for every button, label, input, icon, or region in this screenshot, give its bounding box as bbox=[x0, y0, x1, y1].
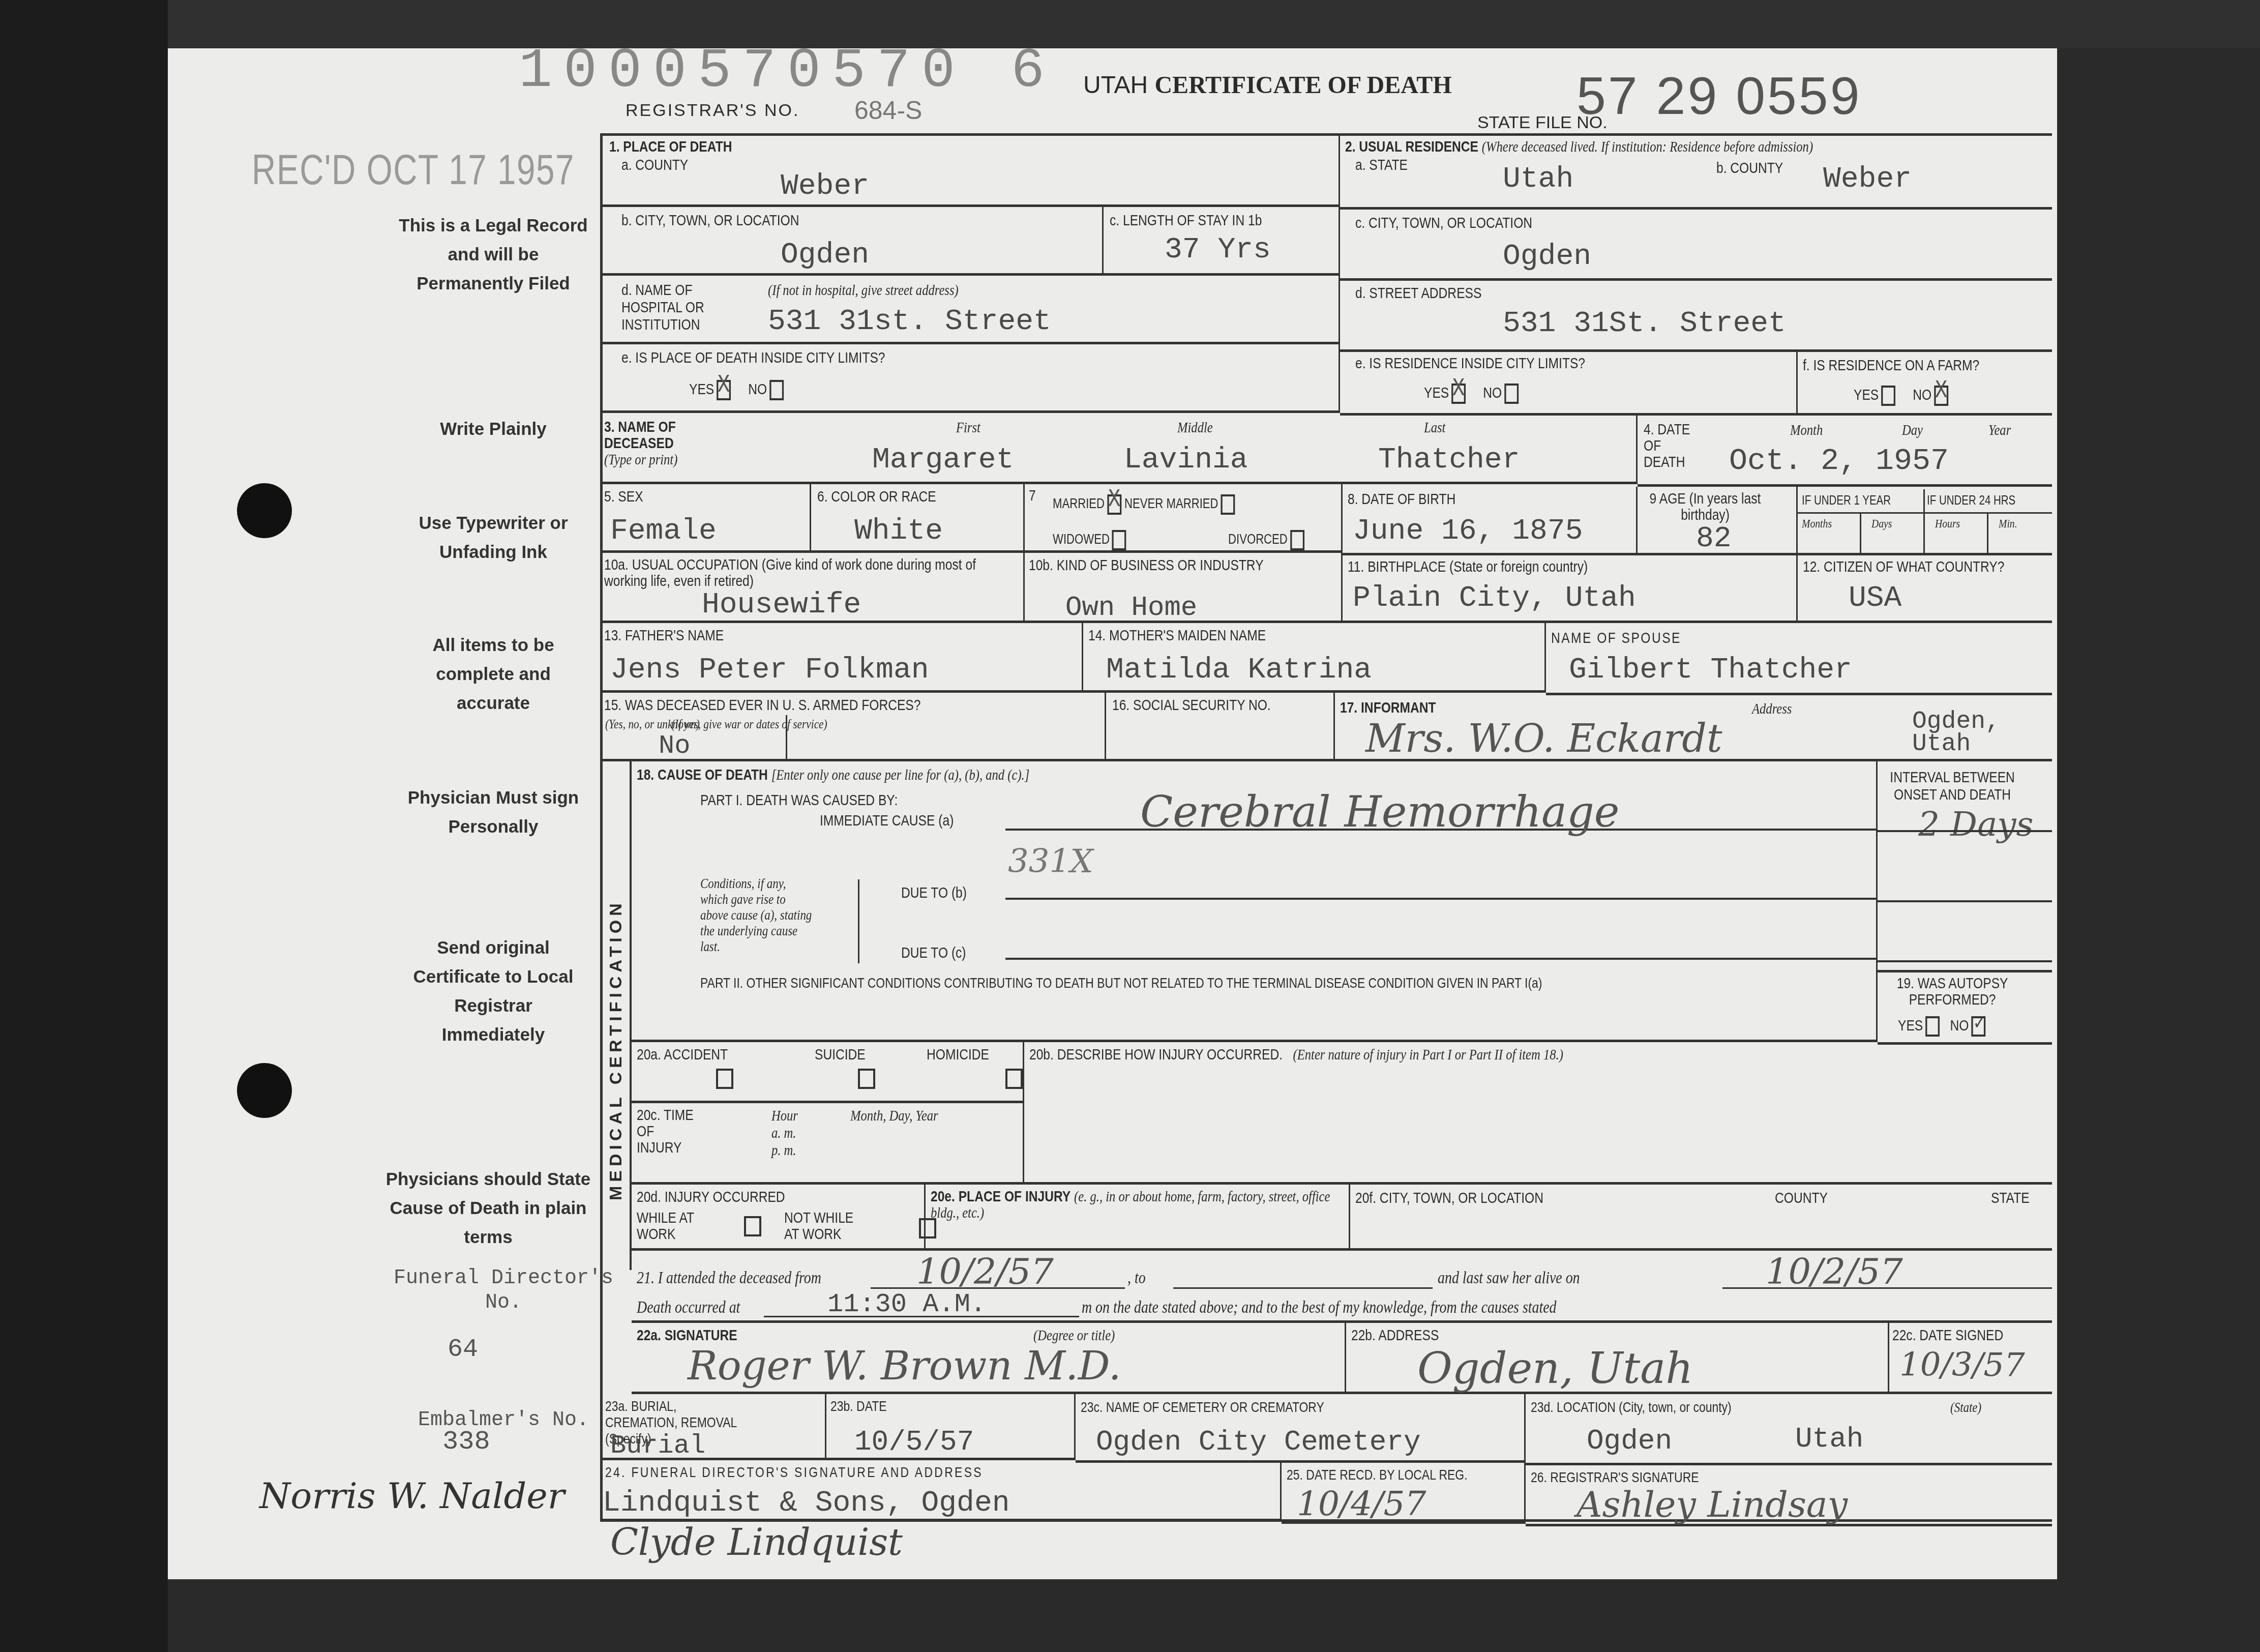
field-cause-of-death: 18. CAUSE OF DEATH [Enter only one cause… bbox=[632, 761, 1878, 970]
interval-line bbox=[1878, 830, 2052, 832]
under-1-year-header: IF UNDER 1 YEAR bbox=[1798, 489, 1925, 514]
funeral-director-value[interactable]: Lindquist & Sons, Ogden bbox=[603, 1487, 1010, 1520]
interval-value[interactable]: 2 Days bbox=[1918, 805, 2033, 844]
dob-label: 8. DATE OF BIRTH bbox=[1348, 491, 1455, 508]
informant-signature[interactable]: Mrs. W.O. Eckardt bbox=[1365, 716, 1722, 761]
field-age-min[interactable]: Min. bbox=[1988, 514, 2052, 555]
hospital-note: (If not in hospital, give street address… bbox=[768, 282, 959, 299]
place-section-label: 1. PLACE OF DEATH bbox=[609, 138, 732, 155]
dob-value[interactable]: June 16, 1875 bbox=[1353, 515, 1583, 548]
field-injury-location[interactable]: 20f. CITY, TOWN, OR LOCATION COUNTY STAT… bbox=[1350, 1185, 2052, 1251]
no-label: NO bbox=[748, 381, 767, 398]
field-autopsy: 19. WAS AUTOPSY PERFORMED? YES NO bbox=[1878, 972, 2052, 1045]
field-length-of-stay: c. LENGTH OF STAY IN 1b 37 Yrs bbox=[1104, 207, 1340, 276]
field-age: 9 AGE (In years last birthday) 82 bbox=[1638, 487, 1798, 555]
location-city-value[interactable]: Ogden bbox=[1587, 1425, 1672, 1457]
place-county-label: a. COUNTY bbox=[621, 157, 688, 174]
margin-note-typewriter: Use Typewriter or Unfading Ink bbox=[402, 509, 585, 567]
no-label: NO bbox=[1483, 385, 1502, 401]
mother-label: 14. MOTHER'S MAIDEN NAME bbox=[1088, 627, 1266, 644]
cause-label: 18. CAUSE OF DEATH bbox=[637, 766, 768, 783]
while-work-label: WHILE AT WORK bbox=[637, 1210, 699, 1243]
yes-label: YES bbox=[1898, 1017, 1923, 1034]
days-label: Days bbox=[1871, 517, 1892, 530]
part2-label: PART II. OTHER SIGNIFICANT CONDITIONS CO… bbox=[700, 975, 1542, 991]
field-residence-farm: f. IS RESIDENCE ON A FARM? YES NO bbox=[1798, 352, 2052, 416]
widowed-checkbox[interactable] bbox=[1112, 530, 1126, 550]
hour-label: Hour bbox=[771, 1107, 798, 1124]
residence-inside-city-label: e. IS RESIDENCE INSIDE CITY LIMITS? bbox=[1355, 355, 1585, 372]
date-signed-label: 22c. DATE SIGNED bbox=[1892, 1327, 2003, 1344]
location-state-value[interactable]: Utah bbox=[1795, 1423, 1863, 1455]
part1-label: PART I. DEATH WAS CAUSED BY: bbox=[700, 792, 898, 809]
place-county-value[interactable]: Weber bbox=[781, 170, 869, 203]
field-age-hours[interactable]: Hours bbox=[1925, 514, 1988, 555]
divider bbox=[786, 715, 787, 760]
disposition-date-label: 23b. DATE bbox=[830, 1398, 887, 1414]
field-interval: INTERVAL BETWEEN ONSET AND DEATH 2 Days bbox=[1878, 764, 2052, 972]
never-married-checkbox[interactable] bbox=[1221, 494, 1235, 515]
yes-label: YES bbox=[1854, 387, 1879, 403]
field-marital-status: 7 MARRIED NEVER MARRIED WIDOWED DIVORCED bbox=[1025, 484, 1343, 553]
margin-note-cause-plain: Physicians should State Cause of Death i… bbox=[376, 1165, 600, 1252]
suicide-checkbox[interactable] bbox=[858, 1069, 875, 1089]
due-to-b-label: DUE TO (b) bbox=[901, 884, 967, 902]
cause-note: [Enter only one cause per line for (a), … bbox=[771, 766, 1030, 783]
place-inside-city-label: e. IS PLACE OF DEATH INSIDE CITY LIMITS? bbox=[621, 349, 885, 367]
pm-label: p. m. bbox=[771, 1142, 796, 1159]
cemetery-label: 23c. NAME OF CEMETERY OR CREMATORY bbox=[1081, 1399, 1324, 1415]
place-injury-label: 20e. PLACE OF INJURY bbox=[931, 1188, 1070, 1205]
residence-state-label: a. STATE bbox=[1355, 157, 1408, 174]
margin-note-legal-record: This is a Legal Record and will be Perma… bbox=[397, 211, 590, 298]
attended-to-line[interactable] bbox=[1173, 1287, 1433, 1289]
race-value[interactable]: White bbox=[854, 515, 943, 548]
place-city-label: b. CITY, TOWN, OR LOCATION bbox=[621, 212, 799, 229]
sex-label: 5. SEX bbox=[604, 488, 643, 506]
birthplace-value[interactable]: Plain City, Utah bbox=[1353, 582, 1636, 615]
no-label: NO bbox=[1950, 1017, 1969, 1034]
armed-forces-value[interactable]: No bbox=[659, 731, 690, 761]
father-label: 13. FATHER'S NAME bbox=[604, 627, 724, 644]
citizen-value[interactable]: USA bbox=[1849, 582, 1901, 615]
binder-strip bbox=[0, 0, 168, 1652]
under-24-hrs-header: IF UNDER 24 HRS bbox=[1925, 489, 2052, 514]
field-injury-occurred: 20d. INJURY OCCURRED WHILE AT WORK NOT W… bbox=[632, 1185, 926, 1251]
last-name-label: Last bbox=[1424, 419, 1445, 436]
residence-section-note: (Where deceased lived. If institution: R… bbox=[1482, 138, 1813, 155]
disposition-date-value[interactable]: 10/5/57 bbox=[854, 1426, 974, 1458]
field-armed-forces: 15. WAS DECEASED EVER IN U. S. ARMED FOR… bbox=[600, 693, 1106, 761]
received-stamp: REC'D OCT 17 1957 bbox=[252, 145, 575, 194]
date-recd-value[interactable]: 10/4/57 bbox=[1297, 1484, 1426, 1523]
min-label: Min. bbox=[1999, 517, 2017, 530]
suicide-label: SUICIDE bbox=[815, 1046, 866, 1064]
age-value[interactable]: 82 bbox=[1696, 522, 1732, 555]
not-while-work-label: NOT WHILE AT WORK bbox=[784, 1210, 855, 1243]
field-disposition-method: 23a. BURIAL, CREMATION, REMOVAL (Specify… bbox=[600, 1394, 826, 1460]
yes-label: YES bbox=[1424, 385, 1449, 401]
father-value[interactable]: Jens Peter Folkman bbox=[610, 654, 929, 687]
injury-county-label: COUNTY bbox=[1775, 1190, 1828, 1207]
autopsy-label: 19. WAS AUTOPSY PERFORMED? bbox=[1888, 976, 2017, 1008]
mdy-label: Month, Day, Year bbox=[850, 1107, 938, 1124]
location-label: 23d. LOCATION (City, town, or county) bbox=[1531, 1399, 1732, 1415]
field-date-signed: 22c. DATE SIGNED 10/3/57 bbox=[1889, 1323, 2052, 1394]
margin-note-complete: All items to be complete and accurate bbox=[407, 631, 580, 718]
residence-section-label: 2. USUAL RESIDENCE bbox=[1345, 138, 1478, 155]
under-1-year-label: IF UNDER 1 YEAR bbox=[1802, 493, 1891, 508]
residence-farm-yes-checkbox[interactable] bbox=[1881, 386, 1895, 406]
punch-hole bbox=[237, 1063, 292, 1118]
scan-background-top bbox=[168, 0, 2260, 48]
cause-code-note: 331X bbox=[1008, 843, 1093, 880]
widowed-label: WIDOWED bbox=[1053, 532, 1110, 547]
serial-stamp: 1000570570 6 bbox=[519, 40, 1056, 103]
autopsy-no-checkbox[interactable] bbox=[1971, 1016, 1985, 1037]
injury-occurred-label: 20d. INJURY OCCURRED bbox=[637, 1189, 785, 1206]
informant-label: 17. INFORMANT bbox=[1340, 699, 1436, 716]
injury-state-label: STATE bbox=[1991, 1190, 2030, 1207]
ssn-label: 16. SOCIAL SECURITY NO. bbox=[1112, 697, 1271, 714]
residence-county-label: b. COUNTY bbox=[1716, 160, 1783, 177]
while-at-work-checkbox[interactable] bbox=[744, 1216, 761, 1236]
funeral-director-no: 64 bbox=[448, 1335, 478, 1364]
field-mother: 14. MOTHER'S MAIDEN NAME Matilda Katrina bbox=[1083, 623, 1546, 693]
marital-label: 7 bbox=[1029, 487, 1036, 505]
field-place-city: b. CITY, TOWN, OR LOCATION Ogden bbox=[600, 207, 1104, 276]
residence-street-value[interactable]: 531 31St. Street bbox=[1503, 307, 1786, 340]
spouse-label: NAME OF SPOUSE bbox=[1551, 630, 1681, 647]
spouse-value[interactable]: Gilbert Thatcher bbox=[1569, 654, 1852, 687]
death-at-label: Death occurred at bbox=[637, 1298, 740, 1317]
field-residence-city: c. CITY, TOWN, OR LOCATION Ogden bbox=[1340, 210, 2052, 281]
middle-name-value[interactable]: Lavinia bbox=[1124, 444, 1248, 477]
due-to-b-line[interactable] bbox=[1005, 898, 1878, 900]
field-father: 13. FATHER'S NAME Jens Peter Folkman bbox=[600, 623, 1083, 693]
certifier-address[interactable]: Ogden, Utah bbox=[1417, 1343, 1693, 1393]
informant-address-value[interactable]: Ogden, Utah bbox=[1912, 711, 2029, 755]
residence-inside-city-yes-checkbox[interactable] bbox=[1451, 383, 1466, 404]
informant-address-label: Address bbox=[1752, 700, 1792, 717]
immediate-cause-label: IMMEDIATE CAUSE (a) bbox=[820, 812, 954, 830]
death-time-value[interactable]: 11:30 A.M. bbox=[827, 1289, 986, 1319]
funeral-director-label: 24. FUNERAL DIRECTOR'S SIGNATURE AND ADD… bbox=[605, 1464, 983, 1481]
residence-city-value[interactable]: Ogden bbox=[1503, 240, 1591, 273]
method-value[interactable]: Burial bbox=[610, 1431, 705, 1461]
married-label: MARRIED bbox=[1053, 496, 1105, 511]
married-checkbox[interactable] bbox=[1107, 494, 1121, 515]
interval-line bbox=[1878, 960, 2052, 962]
field-funeral-director: 24. FUNERAL DIRECTOR'S SIGNATURE AND ADD… bbox=[600, 1460, 1282, 1521]
field-age-months[interactable]: Months bbox=[1798, 514, 1861, 555]
months-label: Months bbox=[1802, 517, 1832, 530]
date-of-death-value[interactable]: Oct. 2, 1957 bbox=[1729, 444, 1949, 479]
registrars-no-label: REGISTRAR'S NO. bbox=[626, 101, 799, 121]
residence-city-label: c. CITY, TOWN, OR LOCATION bbox=[1355, 215, 1532, 232]
deceased-name-note: (Type or print) bbox=[604, 451, 677, 468]
field-accident-type: 20a. ACCIDENT SUICIDE HOMICIDE bbox=[632, 1042, 1024, 1103]
length-of-stay-label: c. LENGTH OF STAY IN 1b bbox=[1110, 212, 1262, 229]
degree-label: (Degree or title) bbox=[1033, 1327, 1115, 1344]
age-label: 9 AGE (In years last birthday) bbox=[1643, 491, 1768, 523]
death-at-suffix: m on the date stated above; and to the b… bbox=[1082, 1298, 1557, 1317]
date-signed-value[interactable]: 10/3/57 bbox=[1899, 1346, 2025, 1384]
field-place-county: 1. PLACE OF DEATH a. COUNTY Weber bbox=[600, 133, 1340, 207]
length-of-stay-value[interactable]: 37 Yrs bbox=[1165, 233, 1271, 267]
occupation-value[interactable]: Housewife bbox=[702, 588, 861, 622]
funeral-director-signature[interactable]: Clyde Lindquist bbox=[610, 1521, 903, 1563]
time-injury-label: 20c. TIME OF INJURY bbox=[637, 1107, 699, 1156]
punch-hole bbox=[237, 483, 292, 538]
margin-note-physician-sign: Physician Must sign Personally bbox=[407, 783, 580, 841]
title-main: CERTIFICATE OF DEATH bbox=[1154, 72, 1451, 99]
to-label: , to bbox=[1127, 1268, 1146, 1287]
place-city-value[interactable]: Ogden bbox=[781, 239, 869, 272]
field-birthplace: 11. BIRTHPLACE (State or foreign country… bbox=[1343, 555, 1798, 623]
signature-label: 22a. SIGNATURE bbox=[637, 1327, 737, 1344]
yes-label: YES bbox=[689, 381, 714, 398]
place-inside-city-no-checkbox[interactable] bbox=[769, 380, 784, 400]
field-occupation: 10a. USUAL OCCUPATION (Give kind of work… bbox=[600, 553, 1025, 623]
month-label: Month bbox=[1790, 422, 1823, 438]
place-inside-city-yes-checkbox[interactable] bbox=[717, 380, 731, 400]
injury-city-label: 20f. CITY, TOWN, OR LOCATION bbox=[1355, 1190, 1543, 1207]
location-state-label: (State) bbox=[1950, 1400, 1981, 1415]
field-sex: 5. SEX Female bbox=[600, 484, 811, 553]
first-name-label: First bbox=[956, 419, 980, 436]
under-24-hrs-label: IF UNDER 24 HRS bbox=[1927, 493, 2015, 508]
field-citizenship: 12. CITIZEN OF WHAT COUNTRY? USA bbox=[1798, 555, 2052, 623]
field-disposition-location: 23d. LOCATION (City, town, or county) (S… bbox=[1526, 1394, 2052, 1465]
due-to-c-line[interactable] bbox=[1005, 958, 1878, 960]
certifier-signature[interactable]: Roger W. Brown M.D. bbox=[688, 1343, 1121, 1389]
deceased-name-label: 3. NAME OF DECEASED bbox=[604, 419, 676, 452]
year-label: Year bbox=[1988, 422, 2011, 438]
registrars-no: 684-S bbox=[854, 96, 922, 125]
field-date-of-birth: 8. DATE OF BIRTH June 16, 1875 bbox=[1343, 487, 1638, 555]
hospital-label: d. NAME OF HOSPITAL OR INSTITUTION bbox=[621, 282, 730, 334]
residence-farm-label: f. IS RESIDENCE ON A FARM? bbox=[1803, 357, 1979, 374]
accident-label: 20a. ACCIDENT bbox=[637, 1046, 728, 1064]
industry-value[interactable]: Own Home bbox=[1065, 593, 1197, 624]
attended-label: 21. I attended the deceased from bbox=[637, 1268, 821, 1287]
day-label: Day bbox=[1902, 422, 1923, 438]
immediate-cause-value[interactable]: Cerebral Hemorrhage bbox=[1140, 787, 1620, 837]
due-to-c-label: DUE TO (c) bbox=[901, 945, 966, 962]
field-ssn: 16. SOCIAL SECURITY NO. bbox=[1106, 693, 1335, 761]
last-saw-value[interactable]: 10/2/57 bbox=[1766, 1251, 1903, 1292]
field-certifier-address: 22b. ADDRESS Ogden, Utah bbox=[1346, 1323, 1889, 1394]
address-label: 22b. ADDRESS bbox=[1351, 1327, 1439, 1344]
interval-label: INTERVAL BETWEEN ONSET AND DEATH bbox=[1888, 769, 2017, 804]
field-date-of-death: 4. DATE OF DEATH Month Day Year Oct. 2, … bbox=[1638, 416, 2052, 487]
hospital-value[interactable]: 531 31st. Street bbox=[768, 305, 1051, 338]
industry-label: 10b. KIND OF BUSINESS OR INDUSTRY bbox=[1029, 557, 1264, 574]
birthplace-label: 11. BIRTHPLACE (State or foreign country… bbox=[1348, 558, 1588, 576]
margin-note-send-original: Send original Certificate to Local Regis… bbox=[407, 933, 580, 1049]
embalmer-no: 338 bbox=[442, 1427, 490, 1457]
armed-forces-note2: (If yes, give war or dates of service) bbox=[671, 717, 827, 731]
homicide-label: HOMICIDE bbox=[927, 1046, 989, 1064]
margin-note-write-plainly: Write Plainly bbox=[397, 415, 590, 444]
field-time-of-injury: 20c. TIME OF INJURY Houra. m.p. m. Month… bbox=[632, 1103, 1024, 1185]
autopsy-yes-checkbox[interactable] bbox=[1925, 1016, 1940, 1037]
field-spouse: NAME OF SPOUSE Gilbert Thatcher bbox=[1546, 626, 2052, 695]
occupation-label: 10a. USUAL OCCUPATION (Give kind of work… bbox=[604, 557, 1004, 589]
field-part2: PART II. OTHER SIGNIFICANT CONDITIONS CO… bbox=[632, 970, 1878, 1042]
field-residence-street: d. STREET ADDRESS 531 31St. Street bbox=[1340, 281, 2052, 352]
field-disposition-date: 23b. DATE 10/5/57 bbox=[826, 1394, 1076, 1460]
injury-describe-label: 20b. DESCRIBE HOW INJURY OCCURRED. bbox=[1029, 1046, 1283, 1063]
title-state: UTAH bbox=[1083, 72, 1148, 99]
accident-checkbox[interactable] bbox=[716, 1069, 733, 1089]
residence-county-value[interactable]: Weber bbox=[1823, 163, 1912, 196]
field-date-recd: 25. DATE RECD. BY LOCAL REG. 10/4/57 bbox=[1282, 1463, 1526, 1524]
date-recd-label: 25. DATE RECD. BY LOCAL REG. bbox=[1287, 1467, 1468, 1483]
divorced-checkbox[interactable] bbox=[1290, 530, 1304, 550]
residence-street-label: d. STREET ADDRESS bbox=[1355, 285, 1481, 302]
embalmer-signature: Norris W. Nalder bbox=[259, 1475, 564, 1517]
field-industry: 10b. KIND OF BUSINESS OR INDUSTRY Own Ho… bbox=[1025, 553, 1343, 623]
am-label: a. m. bbox=[771, 1125, 796, 1141]
date-of-death-label: 4. DATE OF DEATH bbox=[1644, 422, 1693, 470]
field-informant: 17. INFORMANT Address Mrs. W.O. Eckardt … bbox=[1335, 695, 2052, 761]
last-saw-label: and last saw her alive on bbox=[1438, 1268, 1580, 1287]
divorced-label: DIVORCED bbox=[1228, 532, 1288, 547]
injury-describe-note: (Enter nature of injury in Part I or Par… bbox=[1293, 1046, 1563, 1063]
funeral-director-no-label: Funeral Director's No. bbox=[392, 1266, 615, 1315]
hours-label: Hours bbox=[1935, 517, 1960, 530]
field-race: 6. COLOR OR RACE White bbox=[811, 484, 1025, 553]
interval-line bbox=[1878, 900, 2052, 902]
residence-state-value[interactable]: Utah bbox=[1503, 163, 1573, 196]
cemetery-value[interactable]: Ogden City Cemetery bbox=[1096, 1426, 1421, 1458]
field-deceased-name: 3. NAME OF DECEASED(Type or print) First… bbox=[600, 413, 1638, 484]
residence-inside-city-no-checkbox[interactable] bbox=[1504, 383, 1519, 404]
field-age-days[interactable]: Days bbox=[1861, 514, 1925, 555]
state-file-no: 57 29 0559 bbox=[1577, 66, 1862, 127]
field-attendance: 21. I attended the deceased from 10/2/57… bbox=[632, 1251, 2052, 1323]
field-residence-state-county: 2. USUAL RESIDENCE (Where deceased lived… bbox=[1340, 133, 2052, 210]
last-name-value[interactable]: Thatcher bbox=[1378, 444, 1520, 477]
citizen-label: 12. CITIZEN OF WHAT COUNTRY? bbox=[1803, 558, 2004, 576]
attended-from-value[interactable]: 10/2/57 bbox=[916, 1251, 1054, 1292]
middle-name-label: Middle bbox=[1177, 419, 1213, 436]
no-label: NO bbox=[1913, 387, 1931, 403]
field-residence-inside-city: e. IS RESIDENCE INSIDE CITY LIMITS? YES … bbox=[1340, 352, 1798, 416]
residence-farm-no-checkbox[interactable] bbox=[1934, 386, 1948, 406]
registrar-signature[interactable]: Ashley Lindsay bbox=[1577, 1484, 1848, 1525]
sex-value[interactable]: Female bbox=[610, 515, 717, 548]
race-label: 6. COLOR OR RACE bbox=[817, 488, 936, 506]
field-injury-description[interactable]: 20b. DESCRIBE HOW INJURY OCCURRED. (Ente… bbox=[1024, 1042, 2052, 1185]
armed-forces-label: 15. WAS DECEASED EVER IN U. S. ARMED FOR… bbox=[604, 697, 920, 714]
field-cemetery: 23c. NAME OF CEMETERY OR CREMATORY Ogden… bbox=[1076, 1394, 1526, 1463]
homicide-checkbox[interactable] bbox=[1005, 1069, 1023, 1089]
field-place-of-injury[interactable]: 20e. PLACE OF INJURY (e. g., in or about… bbox=[926, 1185, 1350, 1251]
first-name-value[interactable]: Margaret bbox=[872, 444, 1014, 477]
embalmer-no-label: Embalmer's No. bbox=[392, 1409, 615, 1432]
never-married-label: NEVER MARRIED bbox=[1124, 496, 1218, 511]
conditions-note: Conditions, if any, which gave rise to a… bbox=[700, 876, 812, 955]
mother-value[interactable]: Matilda Katrina bbox=[1106, 654, 1372, 687]
field-certifier-signature: 22a. SIGNATURE (Degree or title) Roger W… bbox=[632, 1323, 1346, 1394]
bracket bbox=[858, 879, 859, 963]
field-place-inside-city: e. IS PLACE OF DEATH INSIDE CITY LIMITS?… bbox=[600, 344, 1340, 413]
field-registrar-signature: 26. REGISTRAR'S SIGNATURE Ashley Lindsay bbox=[1526, 1465, 2052, 1526]
field-hospital: d. NAME OF HOSPITAL OR INSTITUTION (If n… bbox=[600, 276, 1340, 344]
form-title: UTAH CERTIFICATE OF DEATH bbox=[1083, 71, 1452, 99]
medical-certification-label: MEDICAL CERTIFICATION bbox=[606, 899, 626, 1200]
